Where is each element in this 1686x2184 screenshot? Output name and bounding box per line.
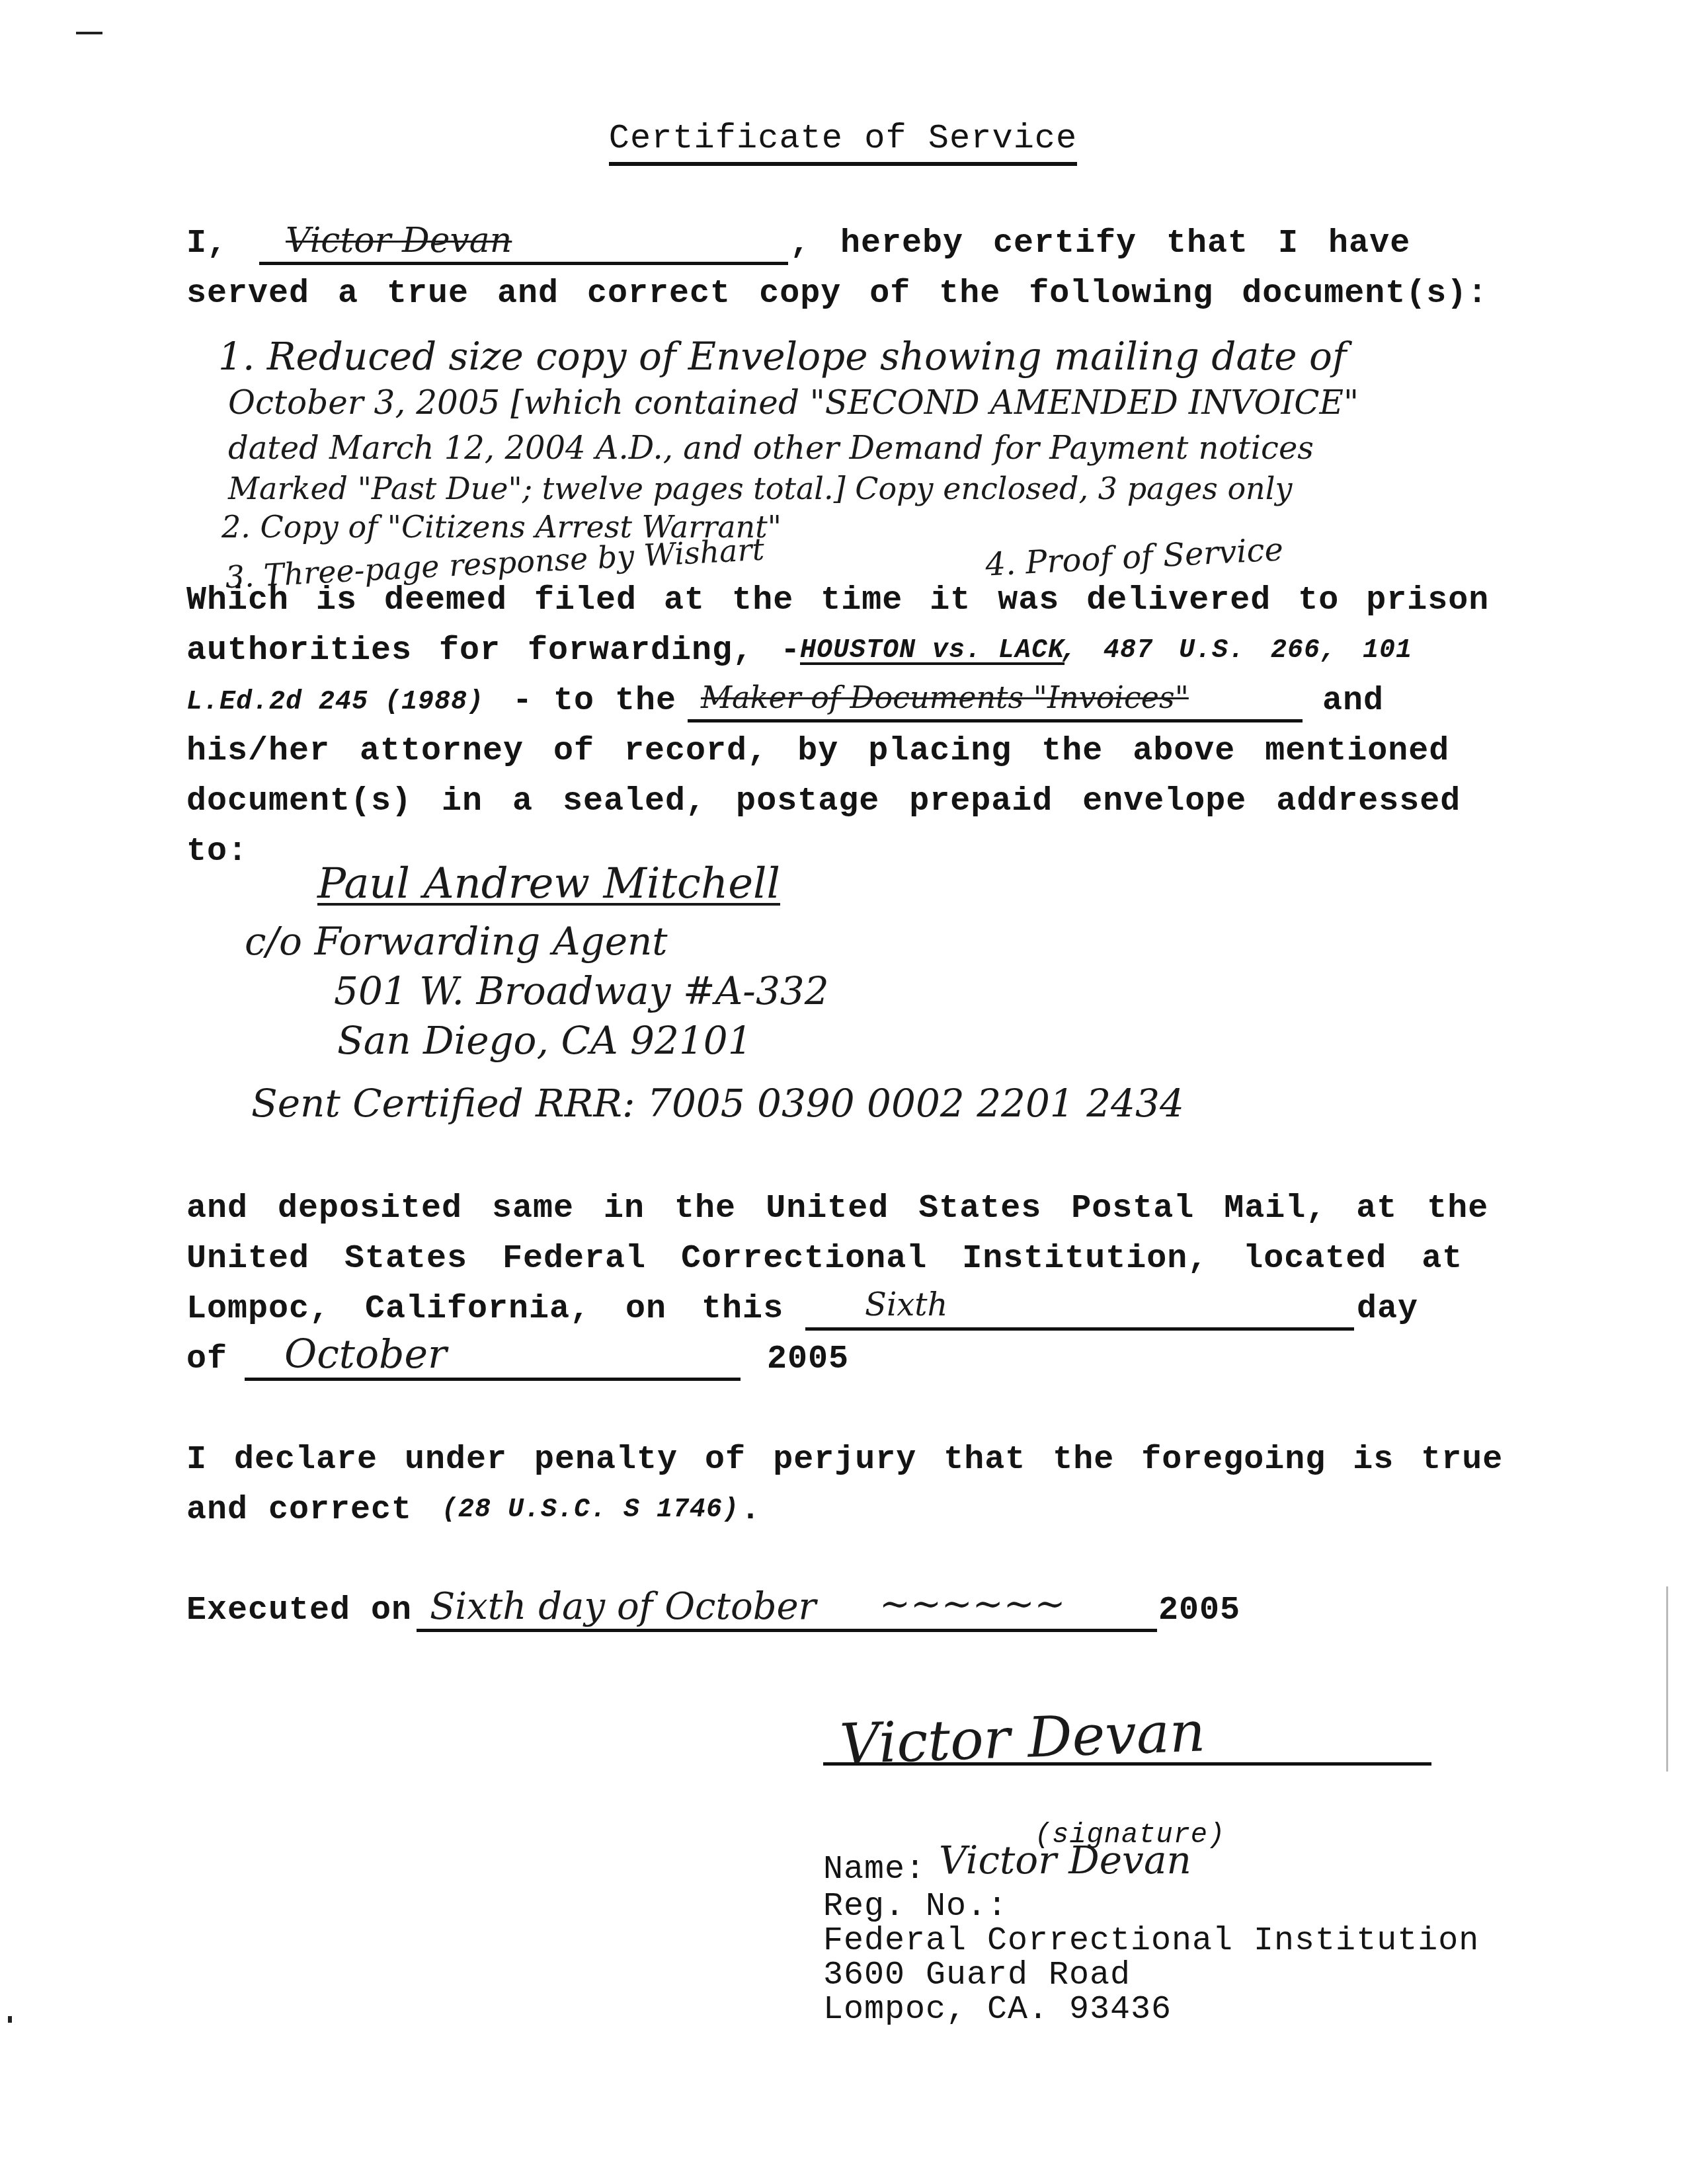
deposit-line1: and deposited same in the United States … bbox=[186, 1190, 1488, 1228]
scan-speck bbox=[8, 2016, 12, 2023]
execution-date-field[interactable]: Sixth day of October ~~~~~~ bbox=[417, 1592, 1157, 1632]
document-item-1-line3: dated March 12, 2004 A.D., and other Dem… bbox=[228, 430, 1314, 467]
deposit-day: Sixth bbox=[865, 1286, 948, 1323]
addressee-care-of: c/o Forwarding Agent bbox=[245, 919, 668, 964]
execution-date: Sixth day of October bbox=[430, 1585, 816, 1628]
document-item-1-line4: Marked "Past Due"; twelve pages total.] … bbox=[228, 471, 1292, 506]
declarant-name-field[interactable]: Victor Devan bbox=[259, 225, 788, 265]
intro-line2: served a true and correct copy of the fo… bbox=[186, 275, 1488, 313]
statute-citation: (28 U.S.C. S 1746) bbox=[442, 1495, 739, 1525]
institution-address-line1: 3600 Guard Road bbox=[823, 1957, 1131, 1994]
declaration-line2-suffix: . bbox=[741, 1491, 761, 1529]
addressee-name: Paul Andrew Mitchell bbox=[317, 859, 780, 908]
name-value: Victor Devan bbox=[939, 1838, 1191, 1883]
declaration-line1: I declare under penalty of perjury that … bbox=[186, 1441, 1503, 1479]
signature: Victor Devan bbox=[838, 1699, 1206, 1776]
recipient-role-field[interactable]: Maker of Documents "Invoices" bbox=[688, 682, 1303, 722]
scan-speck bbox=[76, 32, 102, 34]
execution-year: 2005 bbox=[1158, 1592, 1240, 1629]
deposit-line3-prefix: Lompoc, California, on this bbox=[186, 1290, 783, 1328]
citation-part2: L.Ed.2d 245 (1988) bbox=[186, 687, 484, 717]
addressee-street: 501 W. Broadway #A-332 bbox=[334, 968, 829, 1013]
deposit-line3-suffix: day bbox=[1357, 1290, 1418, 1328]
name-label: Name: bbox=[823, 1851, 926, 1889]
declarant-name: Victor Devan bbox=[286, 221, 512, 260]
title-text: Certificate of Service bbox=[609, 119, 1078, 166]
deposit-day-field[interactable]: Sixth bbox=[805, 1290, 1354, 1331]
filing-line1: Which is deemed filed at the time it was… bbox=[186, 582, 1489, 619]
reg-label: Reg. No.: bbox=[823, 1888, 1008, 1926]
recipient-role: Maker of Documents "Invoices" bbox=[701, 680, 1189, 715]
filing-line3-end: and bbox=[1322, 682, 1384, 720]
institution-name: Federal Correctional Institution bbox=[823, 1922, 1479, 1960]
addressee-city: San Diego, CA 92101 bbox=[337, 1018, 752, 1063]
institution-address-line2: Lompoc, CA. 93436 bbox=[823, 1991, 1172, 2029]
page-title: Certificate of Service bbox=[0, 119, 1686, 158]
filing-line6: to: bbox=[186, 833, 248, 871]
deposit-line2: United States Federal Correctional Insti… bbox=[186, 1240, 1463, 1278]
deposit-line4-prefix: of bbox=[186, 1341, 227, 1378]
filing-line5: document(s) in a sealed, postage prepaid… bbox=[186, 783, 1461, 820]
document-item-1-line1: 1. Reduced size copy of Envelope showing… bbox=[218, 334, 1346, 379]
intro-prefix: I, bbox=[186, 225, 227, 262]
scan-edge bbox=[1666, 1586, 1668, 1772]
filing-line3-mid: - to the bbox=[512, 682, 676, 720]
tracking-number: Sent Certified RRR: 7005 0390 0002 2201 … bbox=[251, 1081, 1184, 1126]
deposit-month: October bbox=[284, 1331, 447, 1378]
declaration-line2-prefix: and correct bbox=[186, 1491, 412, 1529]
document-item-1-line2: October 3, 2005 [which contained "SECOND… bbox=[228, 383, 1359, 422]
squiggle-fill: ~~~~~~ bbox=[879, 1582, 1066, 1625]
filing-line4: his/her attorney of record, by placing t… bbox=[186, 732, 1449, 770]
case-name: HOUSTON vs. LACK bbox=[800, 636, 1064, 666]
filing-line2-prefix: authorities for forwarding, - bbox=[186, 632, 801, 670]
document-item-4: 4. Proof of Service bbox=[984, 531, 1284, 584]
intro-suffix: , hereby certify that I have bbox=[790, 225, 1410, 262]
deposit-month-field[interactable]: October bbox=[245, 1341, 741, 1381]
citation-part1: , 487 U.S. 266, 101 bbox=[1061, 636, 1412, 666]
deposit-year: 2005 bbox=[767, 1341, 849, 1378]
execution-prefix: Executed on bbox=[186, 1592, 412, 1629]
